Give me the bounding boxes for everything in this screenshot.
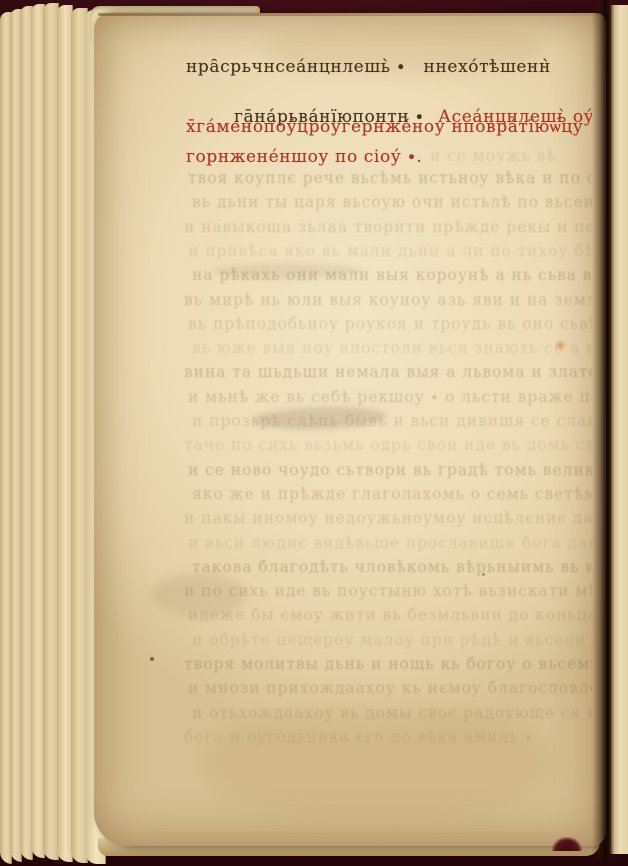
faded-text-line: и обрѣте пещероу малоу при рѣцѣ и вьсели…	[192, 631, 592, 649]
faded-text-line: бога и оугодьника єго до вѣка аминь ∙	[184, 728, 533, 746]
faded-text-line: на рѣкахь они мали выя короунѣ а нь сьва…	[192, 266, 592, 284]
faded-text-line: и по сихь иде вь поустыню хотѣ вьзискати…	[184, 582, 592, 600]
manuscript-photo: нра̑срьчнсеа́нцнлешь̀ ∙ ннехо́тѣшенн̀ га…	[0, 0, 628, 866]
rubric-text-line: горнжене́ншоу по сіоу́ ∙.	[186, 147, 422, 167]
faded-text-line: вина та шьдьши немала выя а львома и зла…	[184, 363, 592, 381]
faded-text-line: творя молитвы дьнь и нощь кь богоу о вьс…	[184, 655, 592, 673]
faded-text-line: и прозьрѣ слѣпь бывь и вьси дивишя се сл…	[192, 412, 592, 430]
faded-text-line: и вьси людиє видѣвьше прославишя бога да…	[188, 534, 592, 552]
faded-text-line: таче по сихь вьзьмь одрь свои иде вь дом…	[184, 436, 592, 454]
faded-text-line: вь прѣподобьноу роукоя и троудь вь оно с…	[188, 315, 592, 333]
text-block: нра̑срьчнсеа́нцнлешь̀ ∙ ннехо́тѣшенн̀ га…	[94, 13, 592, 846]
faded-text-line: и мьнѣ же вь себѣ рекшоу ∙ о льсти враже…	[188, 388, 592, 406]
facing-page-edge	[609, 5, 628, 854]
rubric-text-line: х̄га́менопоу́цроугернже́ноу нповра́тїюѡ́…	[186, 117, 583, 137]
ink-text-line: нра̑срьчнсеа́нцнлешь̀ ∙ ннехо́тѣшенн̀	[186, 57, 551, 77]
faded-text-line: вь юже выя ноу апостоли вься знають се а…	[192, 339, 592, 357]
faded-text-line: и пакы иномоу недоужьноумоу исцѣлєниє да…	[184, 509, 592, 527]
manuscript-page: нра̑срьчнсеа́нцнлешь̀ ∙ ннехо́тѣшенн̀ га…	[94, 13, 606, 846]
faded-text-line: вь мирѣ нь юли выя коуноу азь яви и на з…	[184, 291, 592, 309]
faded-text-line: идеже бы ємоу жити вь безмльвии до коньц…	[188, 606, 592, 624]
faded-text-line: твоя коуплє рече вьсѣмь истьноу вѣка и п…	[188, 169, 592, 187]
faded-text-line: такова благодѣть чловѣкомь вѣрьныимь вь …	[192, 558, 592, 576]
faded-text-line: и се моужь вѣ	[430, 147, 557, 165]
faded-text-line: и се ново чоудо сьтвори вь градѣ томь ве…	[188, 461, 592, 479]
faded-text-line: и мнози прихождаахоу кь нємоу благословл…	[188, 679, 592, 697]
faded-text-line: вь дьни ты царя вьсоую очи истьлѣ по вьс…	[192, 193, 592, 211]
faded-text-line: яко же и прѣжде глаголахомь о семь светѣ…	[192, 485, 592, 503]
faded-text-line: и отьхождаахоу вь домы своє радоующе ся …	[192, 704, 592, 722]
faded-text-line: и навыкоша зьлаа творити прѣжде рекы и п…	[184, 218, 592, 236]
faded-text-line: и привѣса яко вь мали дьни а ли по тихоу…	[188, 242, 592, 260]
